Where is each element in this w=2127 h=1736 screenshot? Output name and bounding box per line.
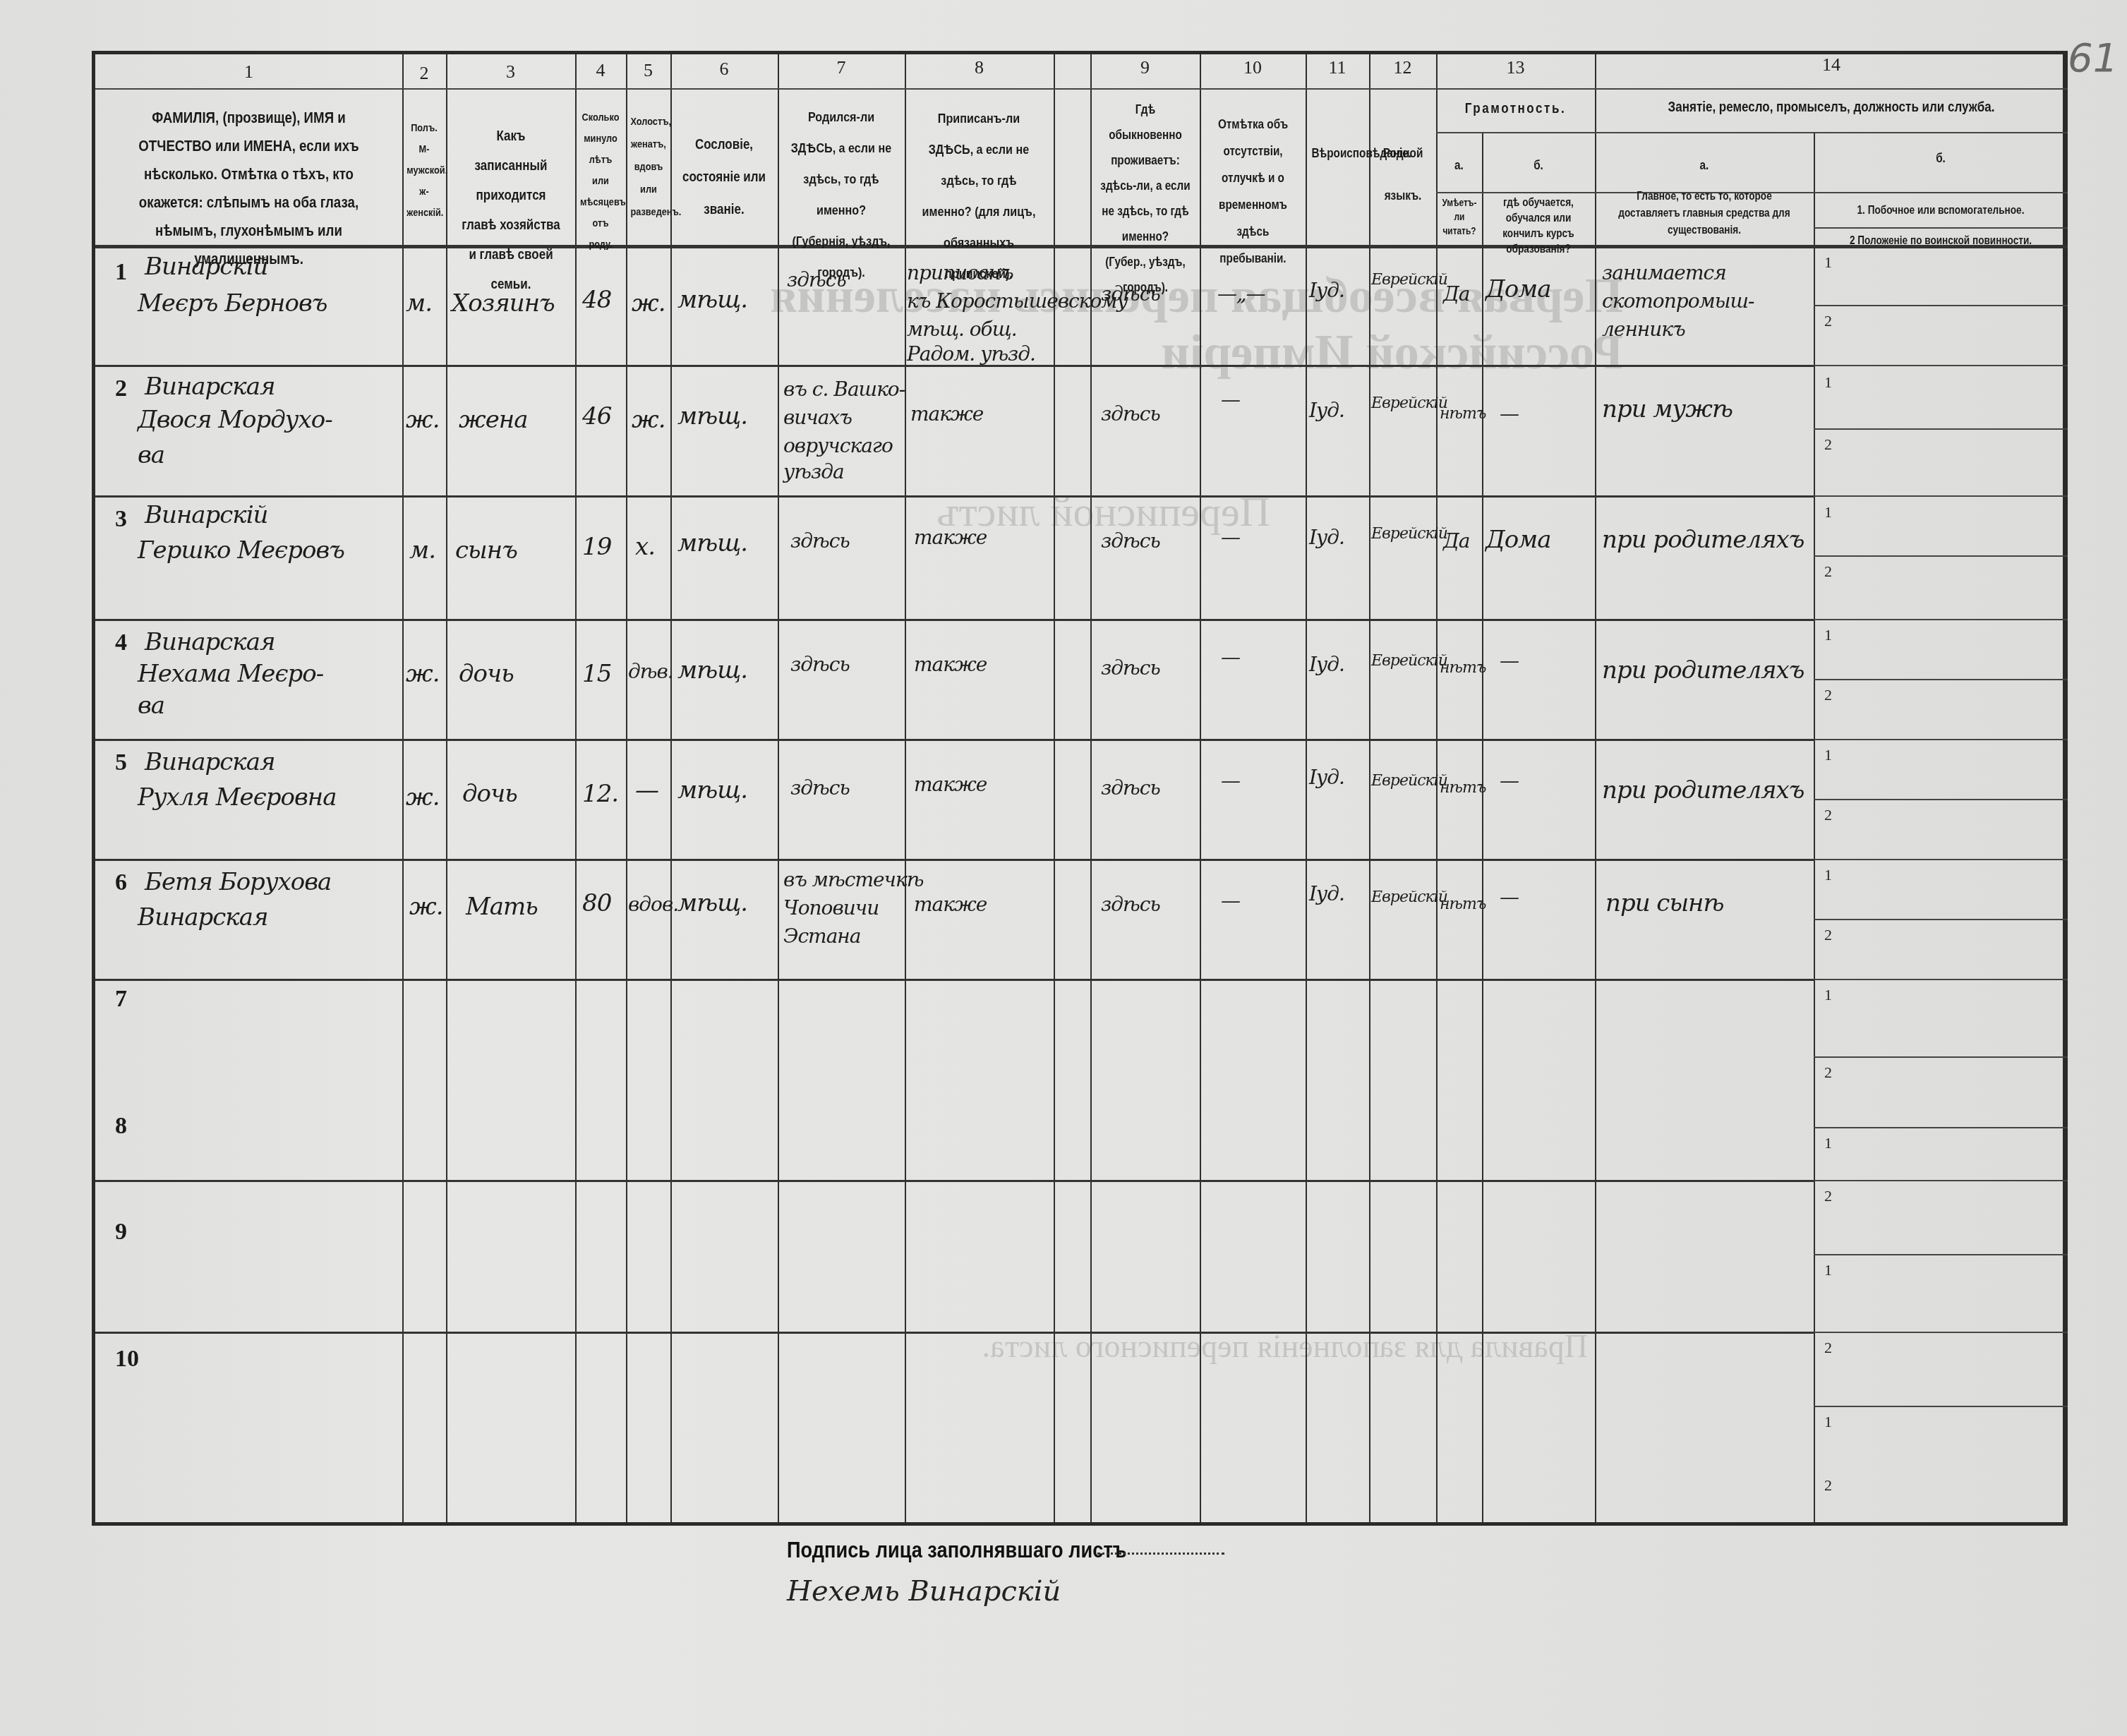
estate: мѣщ. bbox=[677, 284, 747, 316]
row-number-3: 3 bbox=[115, 506, 127, 533]
occupation: ленникъ bbox=[1602, 315, 1685, 344]
col-header-residence: Гдѣ обыкновенно проживаетъ: здѣсь-ли, а … bbox=[1100, 97, 1191, 300]
relation: сынъ bbox=[455, 534, 517, 567]
col-num-2: 2 bbox=[402, 63, 446, 84]
education: — bbox=[1500, 767, 1519, 795]
registered: къ Коростышевскому bbox=[907, 287, 1128, 315]
signature-dotted-line bbox=[1097, 1553, 1224, 1555]
surname: Винарская bbox=[145, 746, 275, 778]
col-header-marital: Холостъ, женатъ, вдовъ или разведенъ. bbox=[631, 111, 667, 224]
birthplace: здѣсь bbox=[790, 527, 850, 555]
given-name: Винарская bbox=[138, 901, 267, 934]
col-num-8: 8 bbox=[905, 57, 1054, 78]
surname: Винарская bbox=[145, 370, 275, 403]
education: — bbox=[1500, 884, 1519, 912]
registered: также bbox=[914, 524, 987, 552]
religion: Іуд. bbox=[1309, 880, 1344, 908]
registered: также bbox=[910, 400, 983, 428]
sex: м. bbox=[409, 534, 435, 567]
native-language: Еврейскій bbox=[1371, 884, 1447, 912]
literate: Да bbox=[1443, 527, 1469, 555]
page-number: 61 bbox=[2068, 35, 2118, 81]
marital-status: дѣв. bbox=[628, 658, 673, 686]
age: 15 bbox=[582, 658, 611, 690]
col-header-age: Сколько минуло лѣтъ или мѣсяцевъ отъ род… bbox=[580, 107, 621, 255]
row-number-6: 6 bbox=[115, 869, 127, 896]
surname: Винарскій bbox=[145, 499, 267, 531]
sub-label: 1 bbox=[1824, 626, 1832, 644]
row-number-8: 8 bbox=[115, 1113, 127, 1140]
absence: — bbox=[1221, 767, 1240, 795]
native-language: Еврейскій bbox=[1371, 266, 1447, 294]
sub-label: 1 bbox=[1824, 1134, 1832, 1152]
col-header-sex: Полъ. М-мужской. ж-женскій. bbox=[406, 118, 441, 224]
birthplace: въ с. Вашко- bbox=[783, 375, 905, 404]
literate: нѣтъ bbox=[1440, 774, 1486, 802]
registered: также bbox=[914, 651, 987, 679]
residence: здѣсь bbox=[1101, 280, 1160, 308]
occupation: занимается bbox=[1602, 259, 1726, 287]
given-name-cont: ва bbox=[138, 689, 164, 722]
birthplace: въ мѣстечкѣ bbox=[783, 866, 923, 894]
birthplace: овручскаго bbox=[783, 432, 893, 460]
birthplace: здѣсь bbox=[790, 774, 850, 802]
surname: Винарская bbox=[145, 626, 275, 658]
col-header-birthplace: Родился-ли ЗДѢСЬ, а если не здѣсь, то гд… bbox=[790, 102, 893, 289]
registered: Радом. уѣзд. bbox=[907, 340, 1035, 368]
occupation: при родителяхъ bbox=[1602, 654, 1804, 687]
col-header-education: гдѣ обучается, обучался или кончилъ курс… bbox=[1493, 195, 1584, 258]
given-name: Двося Мордухо- bbox=[138, 404, 332, 436]
religion: Іуд. bbox=[1309, 277, 1344, 305]
relation: дочь bbox=[462, 778, 517, 810]
given-name: Гершко Меєровъ bbox=[138, 534, 344, 567]
native-language: Еврейскій bbox=[1371, 647, 1447, 675]
absence: — bbox=[1221, 386, 1240, 414]
religion: Іуд. bbox=[1309, 651, 1344, 679]
signature-label: Подпись лица заполнявшаго листъ bbox=[787, 1537, 1127, 1563]
sub-label: 2 bbox=[1824, 1339, 1832, 1357]
col-num-1: 1 bbox=[95, 61, 402, 83]
col-num-14: 14 bbox=[1595, 54, 2068, 76]
education: Дома bbox=[1486, 524, 1551, 556]
col-header-13a-label: а. bbox=[1440, 153, 1478, 177]
native-language: Еврейскій bbox=[1371, 767, 1447, 795]
literate: нѣтъ bbox=[1440, 891, 1486, 919]
registered: также bbox=[914, 891, 987, 919]
col-num-4: 4 bbox=[575, 60, 626, 81]
sub-label: 1 bbox=[1824, 373, 1832, 392]
col-num-5: 5 bbox=[626, 60, 670, 81]
estate: мѣщ. bbox=[677, 774, 747, 807]
absence: — bbox=[1221, 524, 1240, 552]
col-header-can-read: Умѣетъ-ли читать? bbox=[1441, 195, 1478, 238]
absence: — bbox=[1221, 887, 1240, 915]
col-header-relation: Какъ записанный приходится главѣ хозяйст… bbox=[461, 121, 562, 299]
sub-label: 1 bbox=[1824, 746, 1832, 764]
education: — bbox=[1500, 647, 1519, 675]
age: 48 bbox=[582, 284, 611, 316]
native-language: Еврейскій bbox=[1371, 390, 1447, 418]
occupation: при мужѣ bbox=[1602, 393, 1733, 426]
col-header-absence: Отмѣтка объ отсутствіи, отлучкѣ и о врем… bbox=[1210, 111, 1296, 272]
relation: дочь bbox=[459, 658, 514, 690]
marital-status: ж. bbox=[632, 404, 665, 436]
col-header-name: ФАМИЛІЯ, (прозвище), ИМЯ и ОТЧЕСТВО или … bbox=[127, 104, 370, 273]
literate: нѣтъ bbox=[1440, 400, 1486, 428]
relation: Мать bbox=[466, 891, 538, 923]
signature: Нехемь Винарскій bbox=[787, 1575, 1061, 1608]
sub-label: 1 bbox=[1824, 986, 1832, 1004]
col-header-14b-label: б. bbox=[1833, 146, 2049, 170]
sub-label: 2 bbox=[1824, 926, 1832, 944]
sub-label: 1 bbox=[1824, 866, 1832, 884]
given-name-cont: ва bbox=[138, 439, 164, 471]
residence: здѣсь bbox=[1101, 527, 1160, 555]
col-num-7: 7 bbox=[778, 57, 905, 78]
sub-label: 2 bbox=[1824, 1063, 1832, 1082]
col-num-10: 10 bbox=[1200, 57, 1306, 78]
absence: —„— bbox=[1217, 280, 1265, 308]
marital-status: х. bbox=[635, 531, 655, 563]
sex: ж. bbox=[406, 404, 439, 436]
sex: ж. bbox=[406, 781, 439, 814]
sub-label: 1 bbox=[1824, 1261, 1832, 1279]
literate: нѣтъ bbox=[1440, 654, 1486, 682]
given-name: Меєръ Берновъ bbox=[138, 287, 327, 320]
age: 19 bbox=[582, 531, 611, 563]
sub-label: 1 bbox=[1824, 1413, 1832, 1431]
sub-label: 1 bbox=[1824, 503, 1832, 522]
estate: мѣщ. bbox=[677, 887, 747, 920]
row-number-10: 10 bbox=[115, 1346, 139, 1373]
relation: жена bbox=[459, 404, 527, 436]
birthplace: вичахъ bbox=[783, 404, 852, 432]
col-num-12: 12 bbox=[1369, 57, 1436, 78]
col-num-9: 9 bbox=[1090, 57, 1200, 78]
given-name: Нехама Меєро- bbox=[138, 658, 323, 690]
census-table: 1 2 3 4 5 6 7 8 9 10 11 12 13 14 ФАМИЛІЯ… bbox=[92, 51, 2068, 1526]
census-page: Первая всеобщая перепись населения Росси… bbox=[0, 0, 2127, 1736]
col-num-6: 6 bbox=[670, 59, 778, 80]
estate: мѣщ. bbox=[677, 654, 747, 687]
col-header-occupation: Занятіе, ремесло, промыселъ, должность и… bbox=[1630, 95, 2032, 119]
registered: также bbox=[914, 771, 987, 799]
row-number-1: 1 bbox=[115, 259, 127, 286]
sub-label: 2 bbox=[1824, 435, 1832, 454]
literate: Да bbox=[1443, 280, 1469, 308]
residence: здѣсь bbox=[1101, 774, 1160, 802]
col-header-literacy: Грамотность. bbox=[1448, 97, 1583, 121]
occupation: при родителяхъ bbox=[1602, 774, 1804, 807]
surname: Бетя Борухова bbox=[145, 866, 331, 898]
birthplace: здѣсь bbox=[787, 266, 846, 294]
sex: ж. bbox=[409, 891, 442, 923]
col-num-3: 3 bbox=[446, 61, 575, 83]
estate: мѣщ. bbox=[677, 527, 747, 560]
birthplace: Чоповичи bbox=[783, 894, 879, 922]
age: 80 bbox=[582, 887, 611, 920]
col-header-13b-label: б. bbox=[1490, 153, 1586, 177]
row-number-9: 9 bbox=[115, 1219, 127, 1246]
col-header-main-occupation: Главное, то есть то, которое доставляетъ… bbox=[1615, 188, 1795, 239]
occupation: при родителяхъ bbox=[1602, 524, 1804, 556]
marital-status: ж. bbox=[632, 287, 665, 320]
education: — bbox=[1500, 400, 1519, 428]
col-header-military-status: 2 Положеніе по воинской повинности. bbox=[1836, 229, 2046, 253]
sub-label: 2 bbox=[1824, 312, 1832, 330]
col-header-estate: Сословіе, состояніе или званіе. bbox=[682, 128, 767, 226]
surname: Винарскій bbox=[145, 251, 267, 283]
row-number-2: 2 bbox=[115, 375, 127, 402]
sub-label: 2 bbox=[1824, 562, 1832, 581]
occupation: скотопромыш- bbox=[1602, 287, 1754, 315]
registered: приписанъ bbox=[907, 259, 1013, 287]
sex: м. bbox=[406, 287, 432, 320]
row-number-5: 5 bbox=[115, 749, 127, 776]
religion: Іуд. bbox=[1309, 524, 1344, 552]
col-header-14a-label: а. bbox=[1611, 153, 1797, 177]
residence: здѣсь bbox=[1101, 654, 1160, 682]
occupation: при сынѣ bbox=[1605, 887, 1724, 920]
age: 12. bbox=[582, 778, 618, 810]
col-header-language: Родной языкъ. bbox=[1376, 132, 1430, 217]
sub-label: 2 bbox=[1824, 1187, 1832, 1205]
residence: здѣсь bbox=[1101, 400, 1160, 428]
sub-label: 2 bbox=[1824, 806, 1832, 824]
marital-status: вдов. bbox=[628, 891, 678, 919]
relation: Хозяинъ bbox=[452, 287, 555, 320]
row-number-7: 7 bbox=[115, 986, 127, 1013]
religion: Іуд. bbox=[1309, 397, 1344, 425]
estate: мѣщ. bbox=[677, 400, 747, 433]
birthplace: уѣзда bbox=[783, 458, 844, 486]
age: 46 bbox=[582, 400, 611, 433]
birthplace: здѣсь bbox=[790, 651, 850, 679]
col-num-11: 11 bbox=[1306, 57, 1369, 78]
birthplace: Эстана bbox=[783, 922, 861, 951]
sex: ж. bbox=[406, 658, 439, 690]
sub-label: 1 bbox=[1824, 253, 1832, 272]
col-num-13: 13 bbox=[1436, 57, 1595, 78]
religion: Іуд. bbox=[1309, 764, 1344, 792]
row-number-4: 4 bbox=[115, 629, 127, 656]
registered: мѣщ. общ. bbox=[907, 315, 1017, 344]
col-header-religion: Вѣроисповѣданіе. bbox=[1311, 132, 1363, 174]
sub-label: 2 bbox=[1824, 1476, 1832, 1495]
native-language: Еврейскій bbox=[1371, 520, 1447, 548]
given-name: Рухля Меєровна bbox=[138, 781, 336, 814]
sub-label: 2 bbox=[1824, 686, 1832, 704]
education: Дома bbox=[1486, 273, 1551, 306]
residence: здѣсь bbox=[1101, 891, 1160, 919]
marital-status: — bbox=[635, 774, 658, 807]
col-header-secondary-occupation: 1. Побочное или вспомогательное. bbox=[1836, 199, 2046, 223]
absence: — bbox=[1221, 644, 1240, 672]
